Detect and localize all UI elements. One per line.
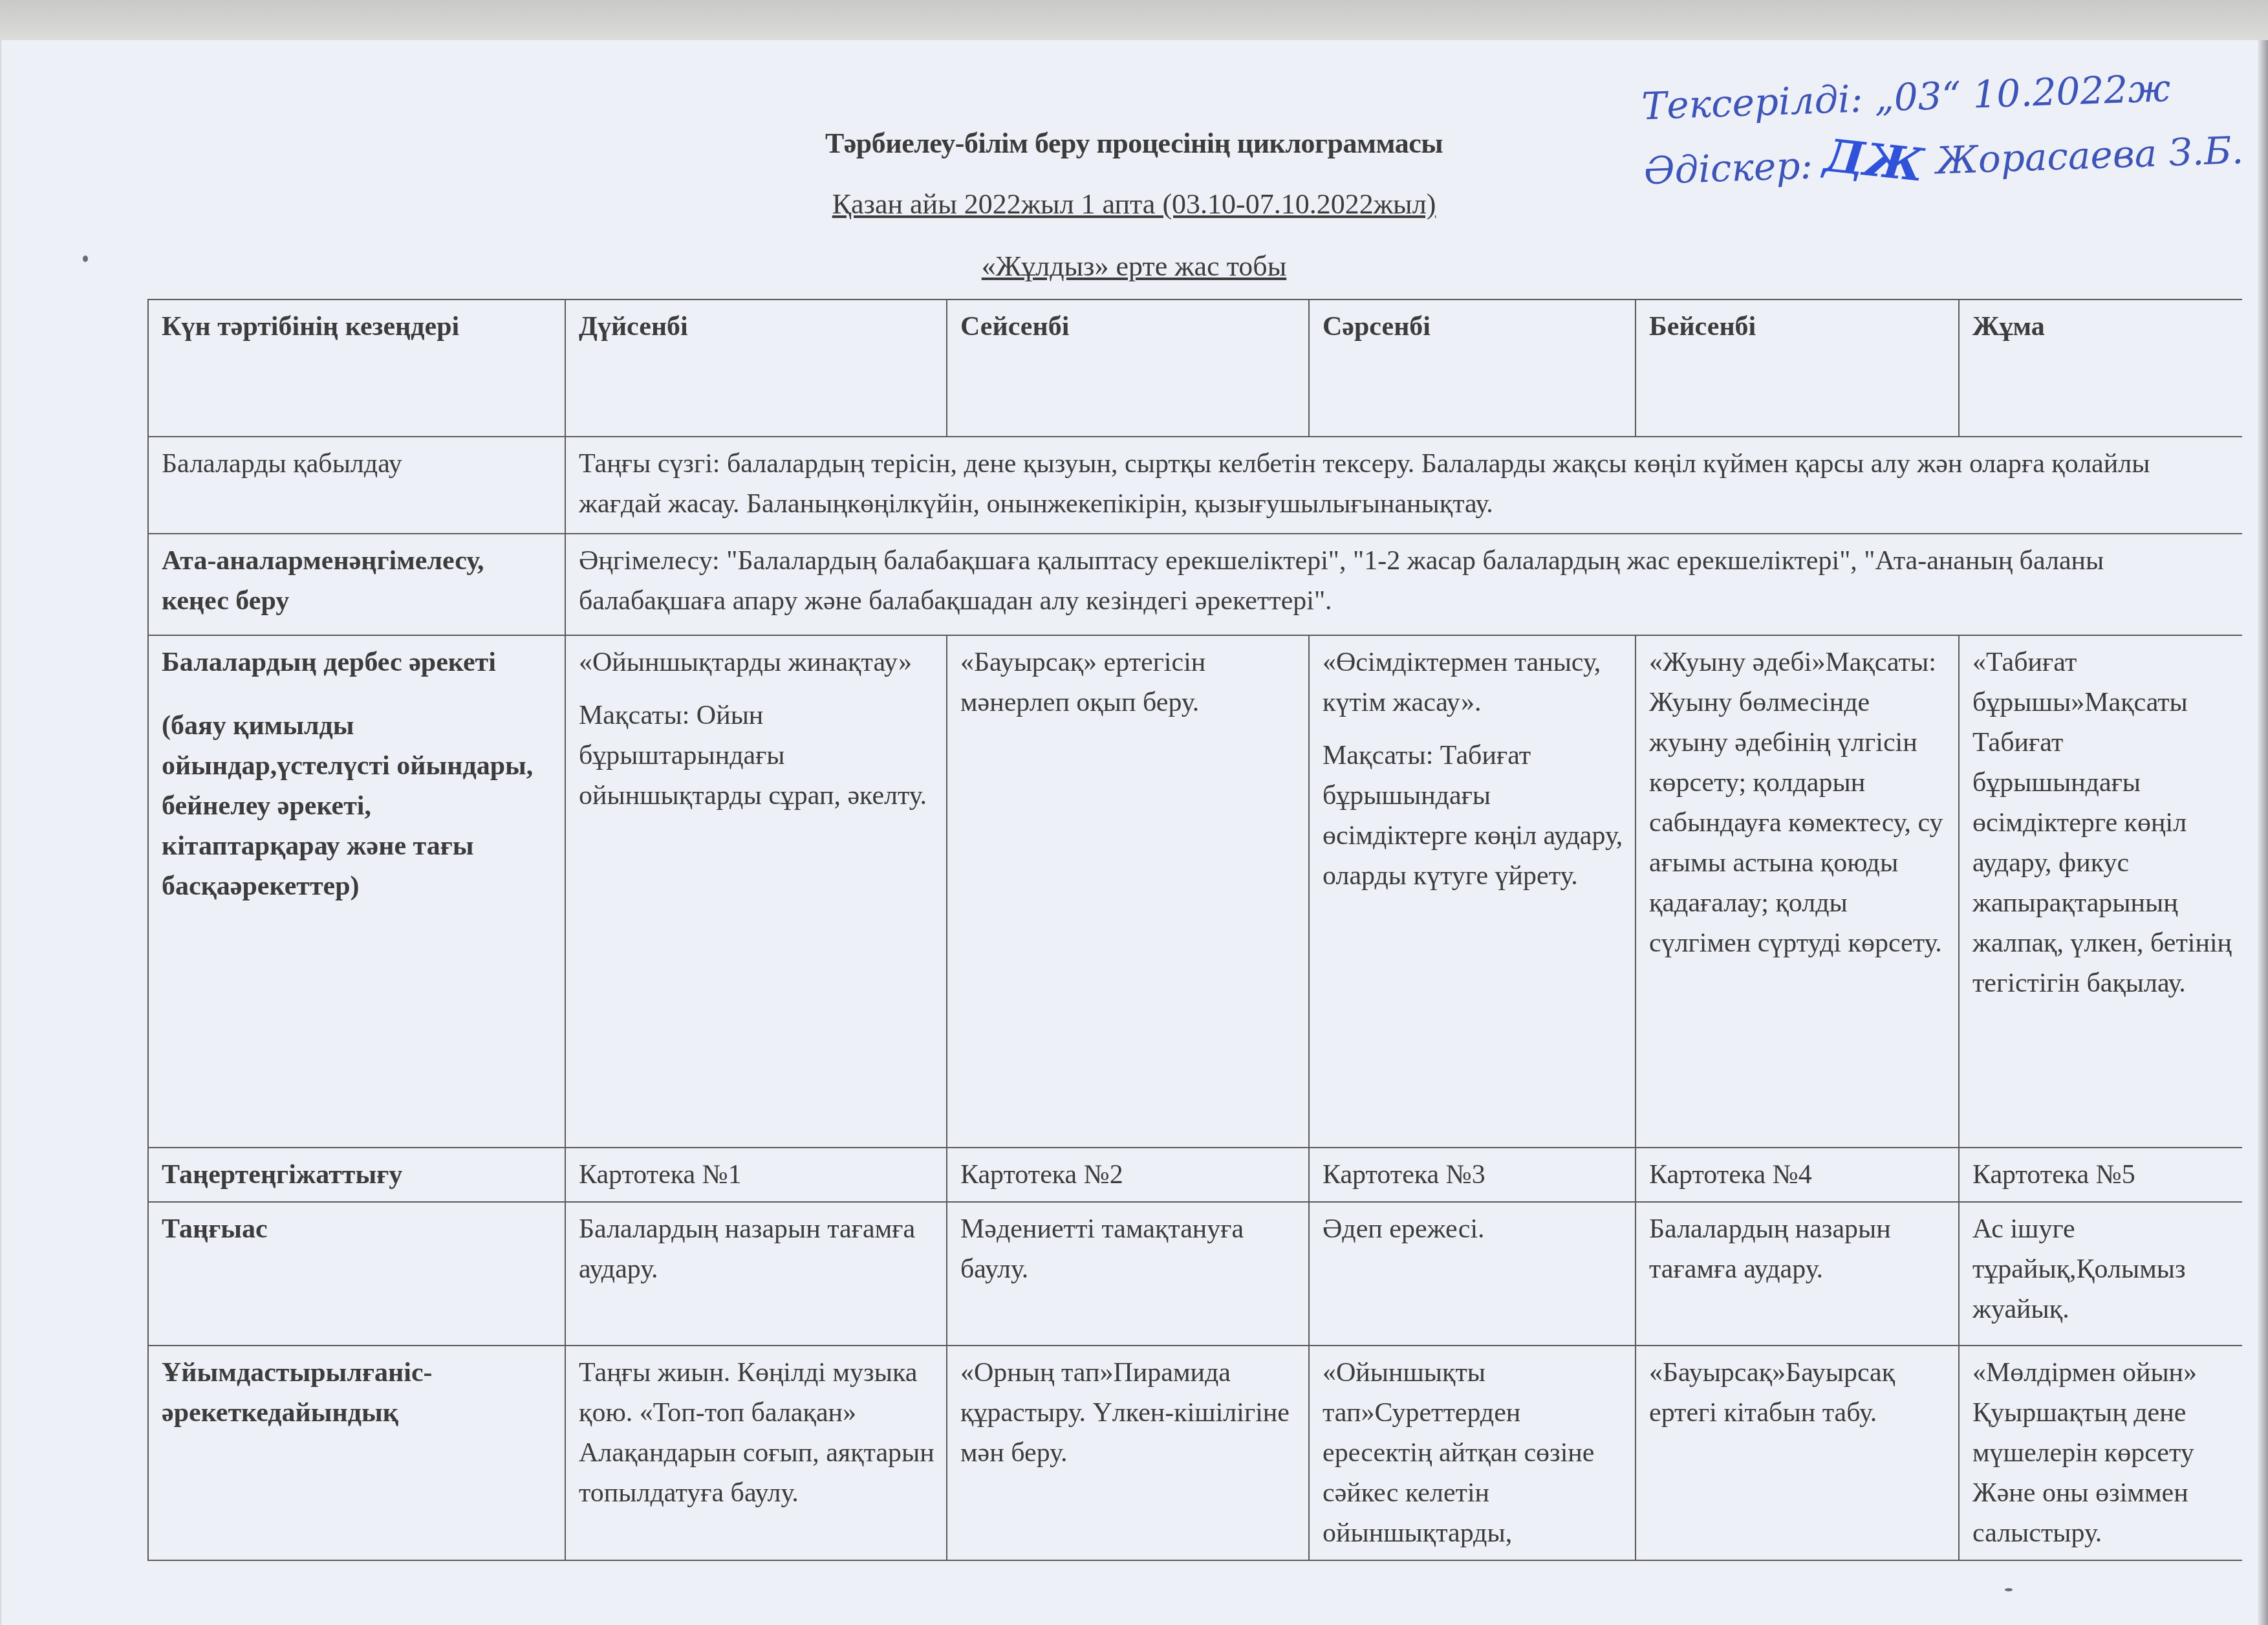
breakfast-friday: Ас ішуге тұрайық,Қолымыз жуайық. [1959, 1202, 2242, 1346]
stage-parents: Ата-аналарменәңгімелесу, кеңес беру [148, 534, 565, 635]
exercise-thursday: Картотека №4 [1636, 1148, 1959, 1202]
group-name: «Жұлдыз» ерте жас тобы [0, 250, 2268, 283]
organized-friday: «Мөлдірмен ойын» Қуыршақтың дене мүшелер… [1959, 1346, 2242, 1560]
activity-title: «Жуыну әдебі»Мақсаты: Жуыну бөлмесінде ж… [1649, 642, 1949, 963]
exercise-wednesday: Картотека №3 [1309, 1148, 1636, 1202]
exercise-monday: Картотека №1 [565, 1148, 947, 1202]
activity-goal: Мақсаты: Табиғат бұрышындағы өсімдіктерг… [1323, 736, 1626, 896]
stage-reception: Балаларды қабылдау [148, 437, 565, 534]
organized-monday: Таңғы жиын. Көңілді музыка қою. «Топ-топ… [565, 1346, 947, 1560]
table-header-row: Күн тәртібінің кезеңдері Дүйсенбі Сейсен… [148, 300, 2242, 437]
header-friday: Жұма [1959, 300, 2242, 437]
breakfast-wednesday: Әдеп ережесі. [1309, 1202, 1636, 1346]
approval-handwriting: Тексерілді: „03“ 10.2022ж Әдіскер: ДЖ Жо… [1641, 54, 2252, 202]
document-period: Қазан айы 2022жыл 1 апта (03.10-07.10.20… [0, 188, 2268, 221]
table-row: Балаларды қабылдау Таңғы сүзгі: балалард… [148, 437, 2242, 534]
scan-speck [2005, 1588, 2013, 1591]
organized-tuesday: «Орның тап»Пирамида құрастыру. Үлкен-кіш… [947, 1346, 1309, 1560]
header-tuesday: Сейсенбі [947, 300, 1309, 437]
signature-mark: ДЖ [1822, 124, 1927, 197]
activity-title: «Ойыншықтарды жинақтау» [579, 642, 937, 682]
stage-breakfast: Таңғыас [148, 1202, 565, 1346]
activity-goal: Мақсаты: Ойын бұрыштарындағы ойыншықтард… [579, 695, 937, 816]
table-row: Таңғыас Балалардың назарын тағамға аудар… [148, 1202, 2242, 1346]
scanner-background [0, 0, 2268, 41]
independent-friday: «Табиғат бұрышы»Мақсаты Табиғат бұрышынд… [1959, 635, 2242, 1148]
header-wednesday: Сәрсенбі [1309, 300, 1636, 437]
exercise-tuesday: Картотека №2 [947, 1148, 1309, 1202]
independent-thursday: «Жуыну әдебі»Мақсаты: Жуыну бөлмесінде ж… [1636, 635, 1959, 1148]
stage-independent-title: Балалардың дербес әрекеті [162, 642, 556, 682]
header-stages: Күн тәртібінің кезеңдері [148, 300, 565, 437]
breakfast-thursday: Балалардың назарын тағамға аудару. [1636, 1202, 1959, 1346]
organized-thursday: «Бауырсақ»Бауырсақ ертегі кітабын табу. [1636, 1346, 1959, 1560]
independent-wednesday: «Өсімдіктермен танысу, күтім жасау». Мақ… [1309, 635, 1636, 1148]
activity-title: «Өсімдіктермен танысу, күтім жасау». [1323, 642, 1626, 723]
breakfast-tuesday: Мәдениетті тамақтануға баулу. [947, 1202, 1309, 1346]
header-monday: Дүйсенбі [565, 300, 947, 437]
independent-monday: «Ойыншықтарды жинақтау» Мақсаты: Ойын бұ… [565, 635, 947, 1148]
table-row: Балалардың дербес әрекеті (баяу қимылды … [148, 635, 2242, 1148]
table-row: Таңертеңгіжаттығу Картотека №1 Картотека… [148, 1148, 2242, 1202]
cyclogram-table: Күн тәртібінің кезеңдері Дүйсенбі Сейсен… [147, 299, 2242, 1561]
parents-text: Әңгімелесу: "Балалардың балабақшаға қалы… [565, 534, 2242, 635]
exercise-friday: Картотека №5 [1959, 1148, 2242, 1202]
breakfast-monday: Балалардың назарын тағамға аудару. [565, 1202, 947, 1346]
activity-title: «Бауырсақ» ертегісін мәнерлеп оқып беру. [960, 642, 1299, 723]
reception-text: Таңғы сүзгі: балалардың терісін, дене қы… [565, 437, 2242, 534]
methodist-label: Әдіскер: [1643, 143, 1813, 193]
independent-tuesday: «Бауырсақ» ертегісін мәнерлеп оқып беру. [947, 635, 1309, 1148]
stage-organized: Ұйымдастырылғаніс-әрекеткедайындық [148, 1346, 565, 1560]
organized-wednesday: «Ойыншықты тап»Суреттерден ересектің айт… [1309, 1346, 1636, 1560]
table-row: Ұйымдастырылғаніс-әрекеткедайындық Таңғы… [148, 1346, 2242, 1560]
header-thursday: Бейсенбі [1636, 300, 1959, 437]
table-row: Ата-аналарменәңгімелесу, кеңес беру Әңгі… [148, 534, 2242, 635]
activity-title: «Табиғат бұрышы»Мақсаты Табиғат бұрышынд… [1972, 642, 2233, 1003]
scan-speck [83, 256, 88, 262]
stage-independent-note: (баяу қимылды ойындар,үстелүсті ойындары… [162, 706, 556, 906]
methodist-name: Жорасаева З.Б. [1936, 128, 2245, 183]
stage-exercise: Таңертеңгіжаттығу [148, 1148, 565, 1202]
stage-independent: Балалардың дербес әрекеті (баяу қимылды … [148, 635, 565, 1148]
